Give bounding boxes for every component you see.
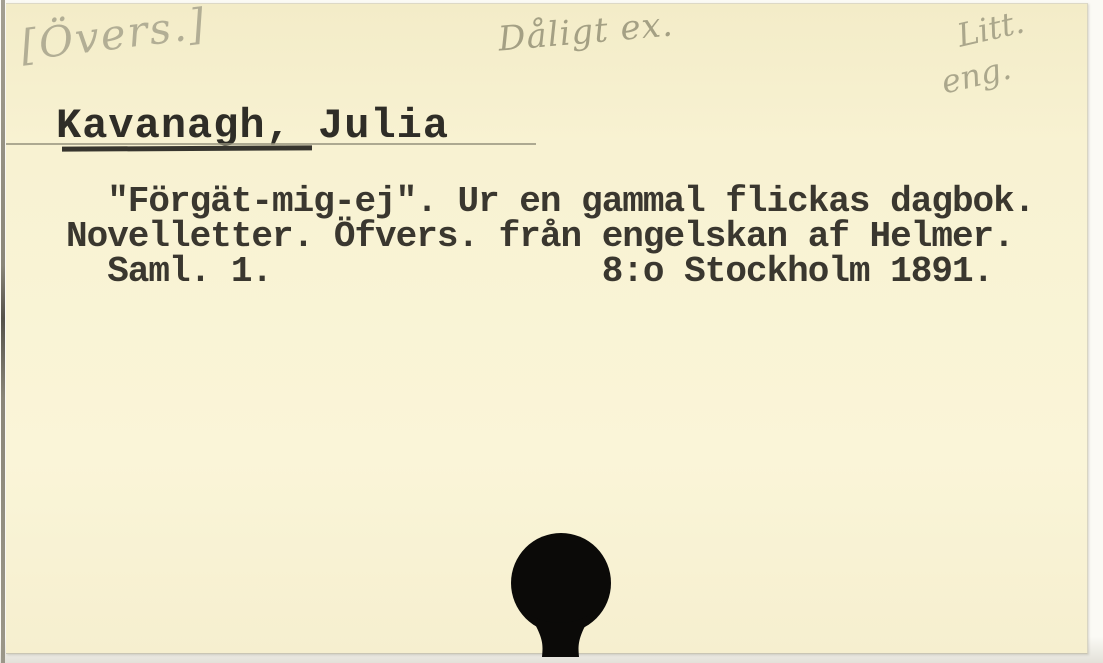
annotation-eng: eng. — [937, 41, 1037, 103]
annotation-overs: [Övers.] — [18, 0, 209, 70]
catalog-card: [Övers.] Dåligt ex. Litt. eng. Kavanagh,… — [6, 3, 1088, 654]
catalog-card-scan: [Övers.] Dåligt ex. Litt. eng. Kavanagh,… — [0, 0, 1103, 663]
annotation-litt-eng: Litt. eng. — [928, 1, 1038, 104]
entry-line-translation: Novelletter. Öfvers. från engelskan af H… — [66, 219, 1034, 254]
entry-line-title: "Förgät-mig-ej". Ur en gammal flickas da… — [66, 184, 1034, 219]
heading-underline-heavy — [62, 145, 312, 151]
annotation-daligt-ex: Dåligt ex. — [497, 4, 675, 59]
scan-left-edge — [1, 0, 5, 663]
entry-line-imprint: Saml. 1. 8:o Stockholm 1891. — [66, 254, 1034, 289]
punch-hole-keyhole-icon — [498, 526, 630, 657]
catalog-entry-text: "Förgät-mig-ej". Ur en gammal flickas da… — [66, 184, 1034, 289]
